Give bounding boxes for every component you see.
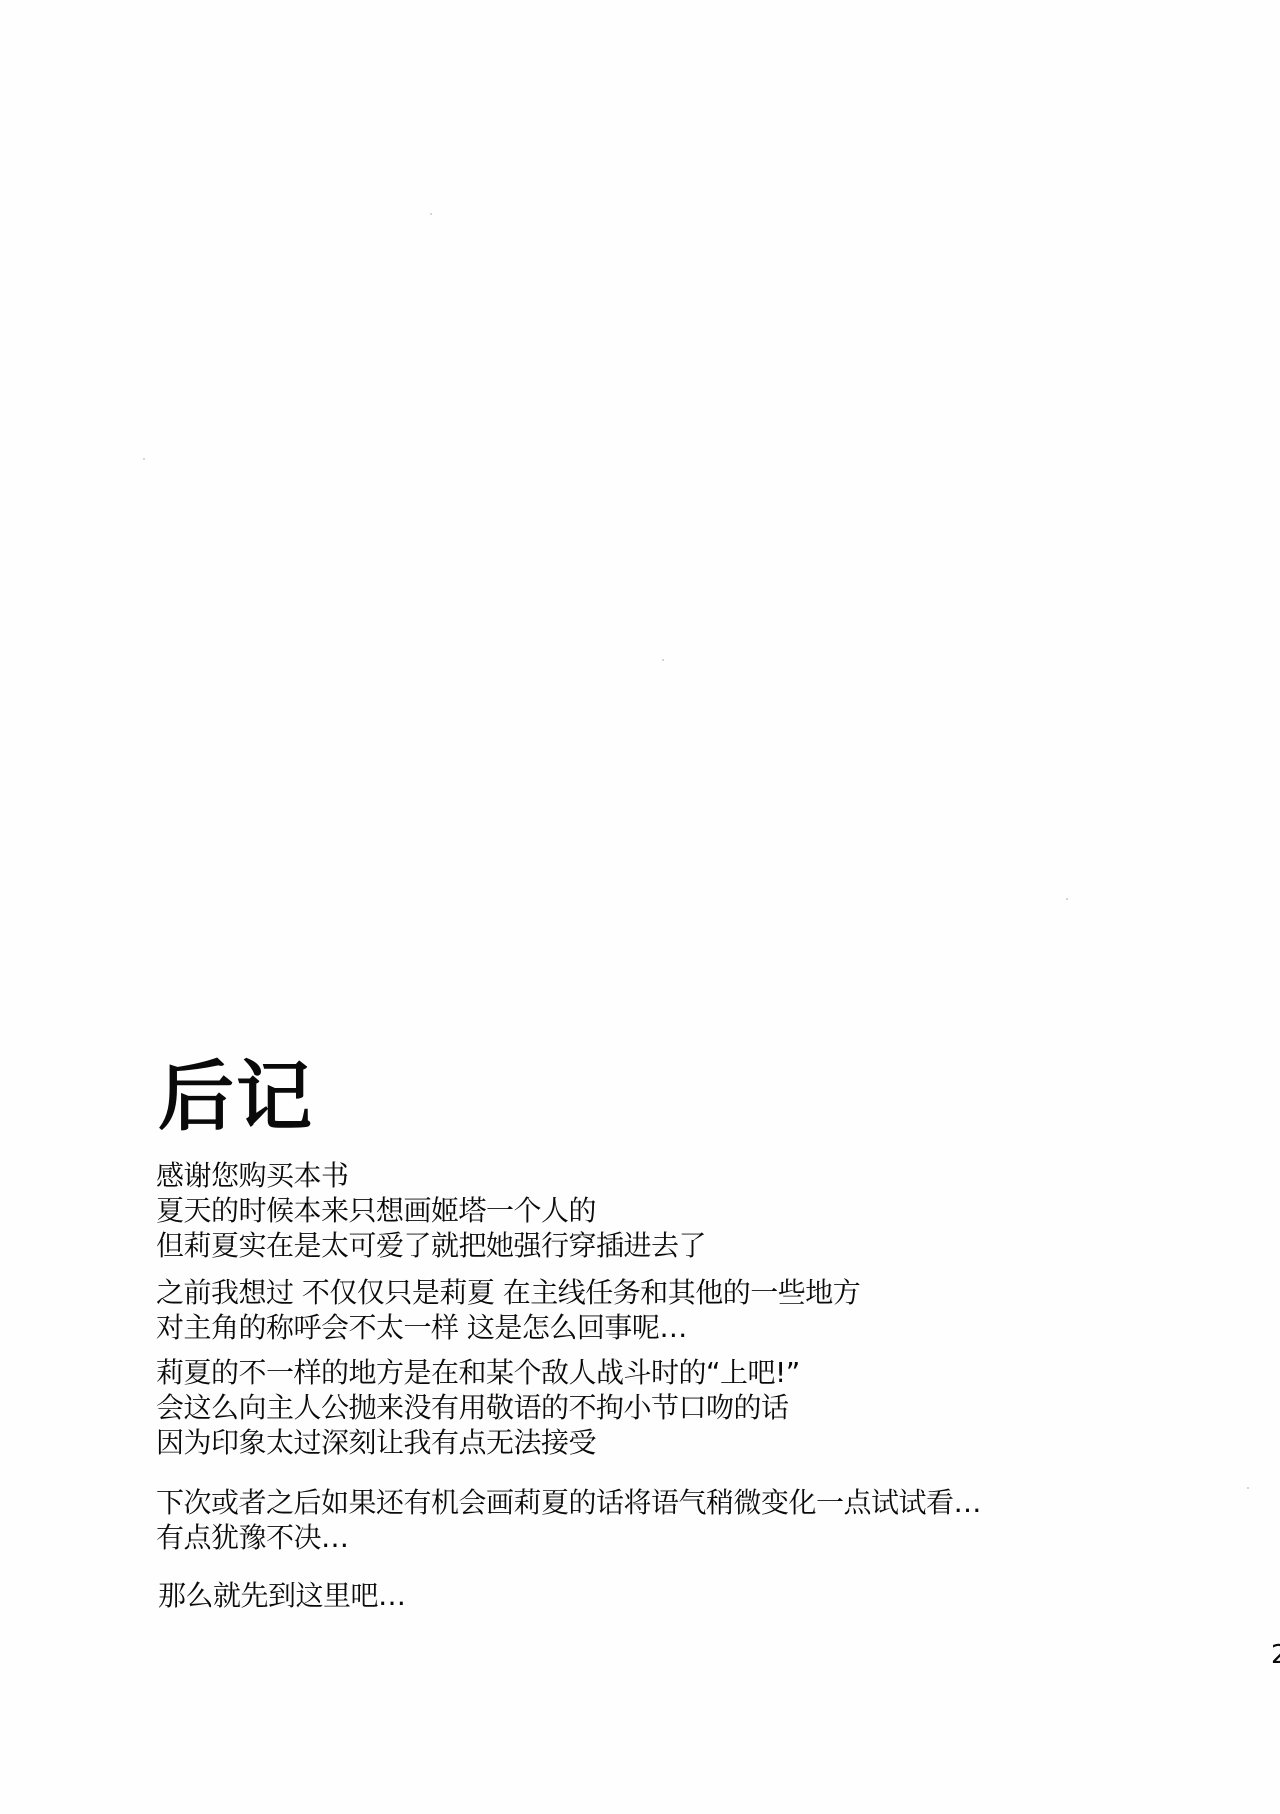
text-line: 莉夏的不一样的地方是在和某个敌人战斗时的“上吧!” (156, 1355, 800, 1390)
scan-speck (662, 659, 664, 661)
paragraph-4: 下次或者之后如果还有机会画莉夏的话将语气稍微变化一点试试看… 有点犹豫不决… (156, 1485, 981, 1555)
paragraph-5: 那么就先到这里吧… (158, 1578, 406, 1613)
document-page: 后记 感谢您购买本书 夏天的时候本来只想画姬塔一个人的 但莉夏实在是太可爱了就把… (0, 0, 1280, 1814)
text-line: 之前我想过 不仅仅只是莉夏 在主线任务和其他的一些地方 (156, 1275, 860, 1310)
scan-speck (430, 213, 432, 215)
text-line: 但莉夏实在是太可爱了就把她强行穿插进去了 (156, 1228, 706, 1263)
page-number: 2 (1271, 1640, 1280, 1670)
paragraph-2: 之前我想过 不仅仅只是莉夏 在主线任务和其他的一些地方 对主角的称呼会不太一样 … (156, 1275, 860, 1345)
text-line: 因为印象太过深刻让我有点无法接受 (156, 1425, 800, 1460)
text-line: 感谢您购买本书 (156, 1158, 706, 1193)
page-title: 后记 (158, 1052, 314, 1142)
scan-speck (1247, 1487, 1249, 1489)
scan-speck (143, 458, 145, 460)
text-line: 有点犹豫不决… (156, 1520, 981, 1555)
text-line: 下次或者之后如果还有机会画莉夏的话将语气稍微变化一点试试看… (156, 1485, 981, 1520)
paragraph-3: 莉夏的不一样的地方是在和某个敌人战斗时的“上吧!” 会这么向主人公抛来没有用敬语… (156, 1355, 800, 1460)
text-line: 夏天的时候本来只想画姬塔一个人的 (156, 1193, 706, 1228)
text-line: 对主角的称呼会不太一样 这是怎么回事呢… (156, 1310, 860, 1345)
paragraph-1: 感谢您购买本书 夏天的时候本来只想画姬塔一个人的 但莉夏实在是太可爱了就把她强行… (156, 1158, 706, 1263)
text-line: 那么就先到这里吧… (158, 1578, 406, 1613)
text-line: 会这么向主人公抛来没有用敬语的不拘小节口吻的话 (156, 1390, 800, 1425)
scan-speck (1066, 898, 1068, 900)
